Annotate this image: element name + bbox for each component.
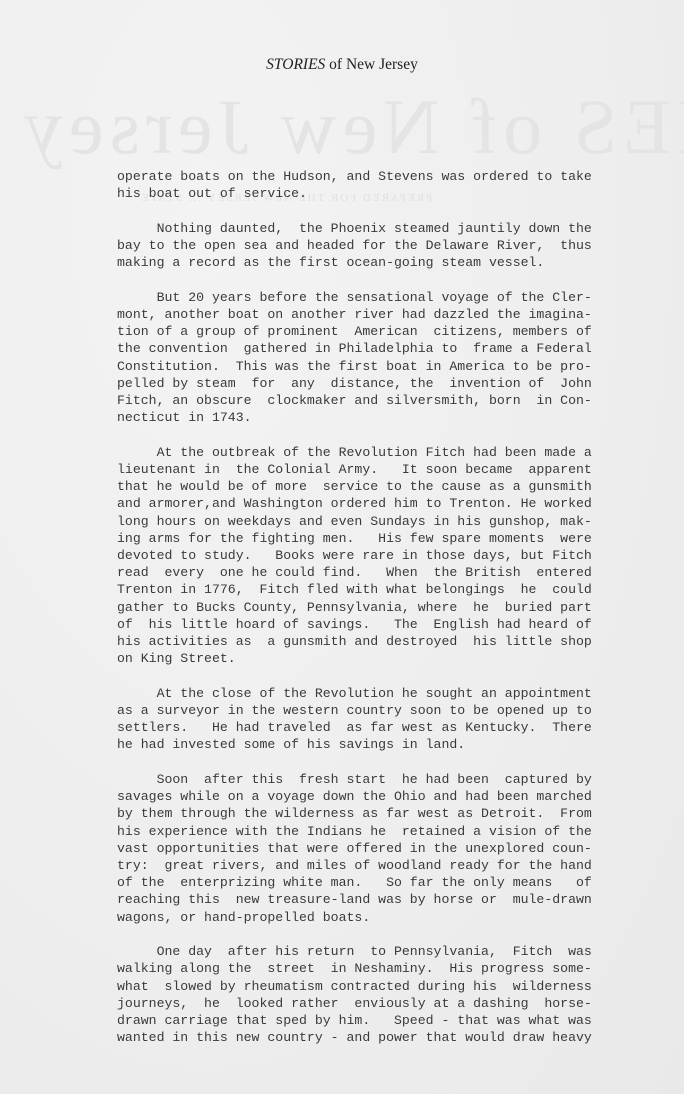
typewritten-body: operate boats on the Hudson, and Stevens… [117,168,625,1064]
document-page: STORIES of New Jersey PREPARED FOR THE N… [0,0,684,1094]
paragraph: But 20 years before the sensational voya… [117,289,625,427]
header-title-italic: STORIES [266,56,325,73]
show-through-title: STORIES of New Jersey [18,82,684,172]
header-title-rest: of New Jersey [325,56,418,73]
paragraph: At the outbreak of the Revolution Fitch … [117,444,625,668]
paragraph: At the close of the Revolution he sought… [117,685,625,754]
paragraph: One day after his return to Pennsylvania… [117,943,625,1046]
running-header: STORIES of New Jersey [0,56,684,74]
paragraph: Soon after this fresh start he had been … [117,771,625,926]
paragraph: operate boats on the Hudson, and Stevens… [117,168,625,202]
paragraph: Nothing daunted, the Phoenix steamed jau… [117,220,625,272]
